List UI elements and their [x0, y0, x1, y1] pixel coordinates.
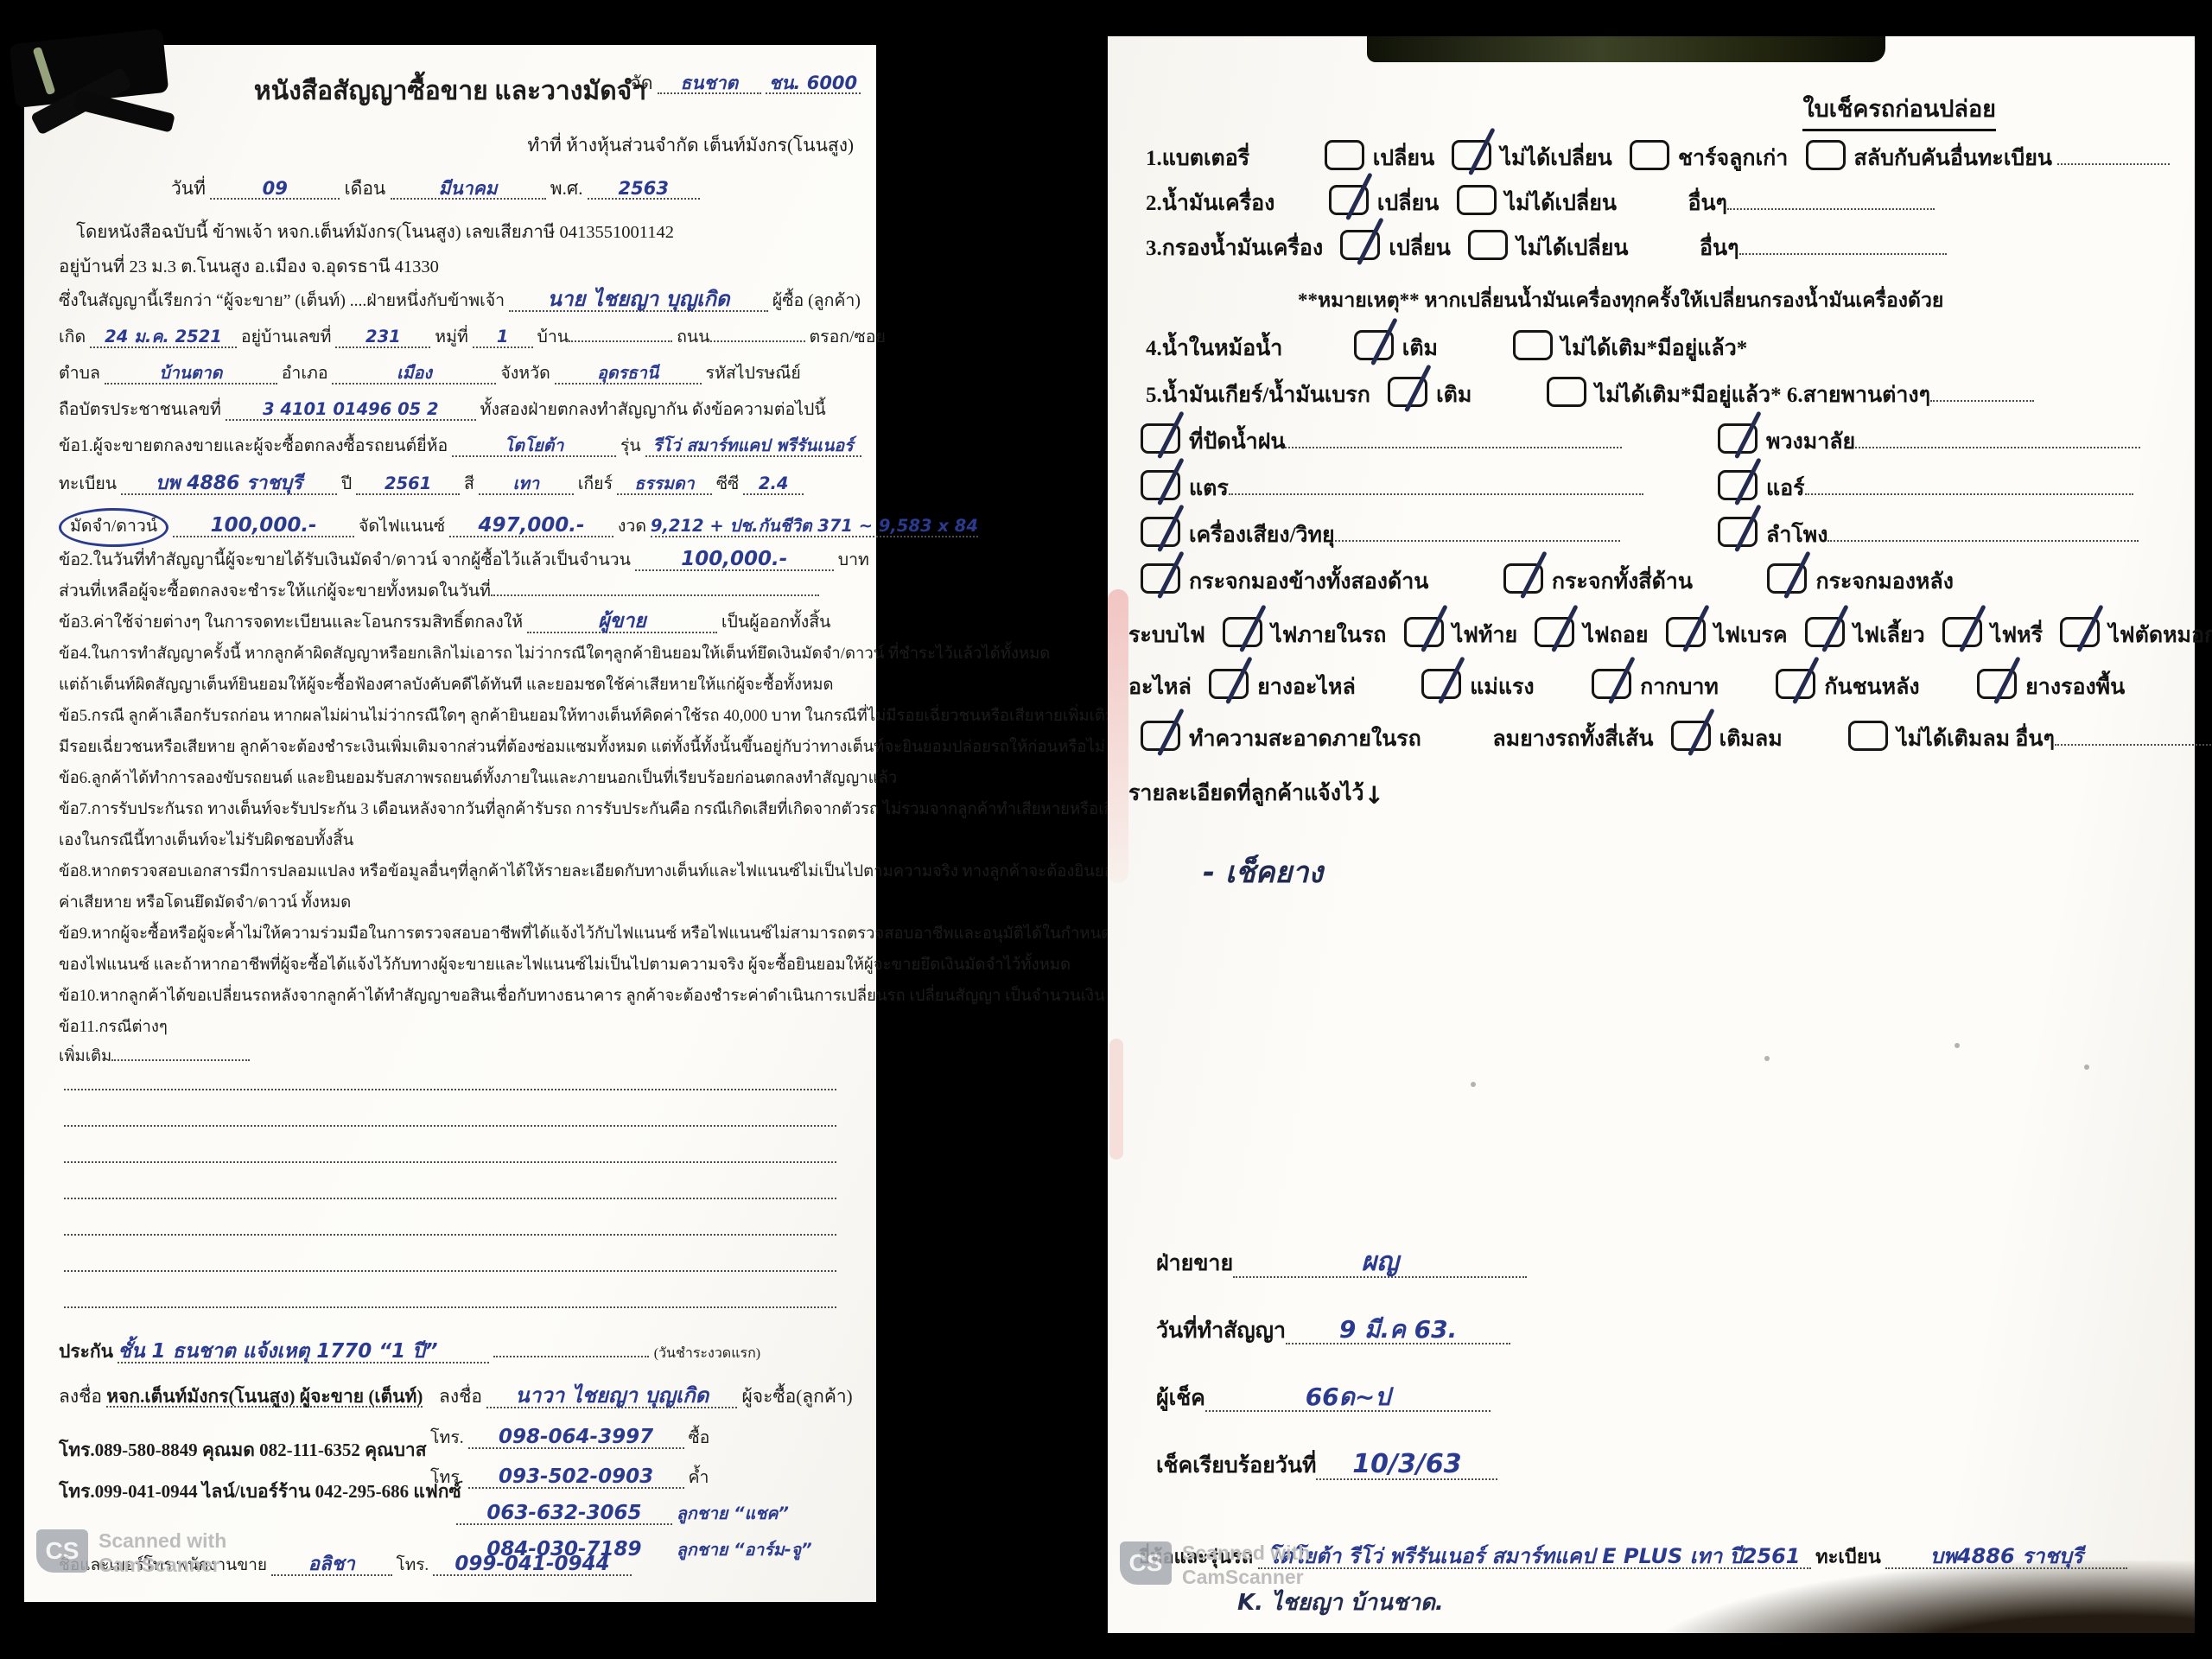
- checkbox: [1141, 423, 1180, 454]
- option-label: เครื่องเสียง/วิทยุ: [1189, 524, 1335, 547]
- clause3-line: ข้อ3.ค่าใช้จ่ายต่างๆ ในการจดทะเบียนและโอ…: [59, 608, 830, 635]
- blank-ruled-line: [64, 1198, 836, 1199]
- option-label: กันชนหลัง: [1824, 676, 1919, 699]
- watermark-text: Scanned with: [1182, 1541, 1310, 1566]
- gear-brake-oil-label: 5.น้ำมันเกียร์/น้ำมันเบรก: [1146, 384, 1370, 407]
- checkbox: [2060, 617, 2100, 647]
- fee-payer: ผู้ขาย: [598, 610, 646, 632]
- watermark-text: CamScanner: [99, 1554, 226, 1578]
- insurance-line: ประกัน ชั้น 1 ธนชาต แจ้งเหตุ 1770 “1 ปี”…: [59, 1338, 760, 1366]
- clause2-post: บาท: [838, 551, 869, 569]
- option-label: กากบาท: [1640, 676, 1719, 699]
- checkbox: [1513, 330, 1553, 360]
- plate-label: ทะเบียน: [59, 475, 117, 493]
- customer-note-handwritten: - เช็คยาง: [1203, 849, 1323, 895]
- camscanner-watermark: CS Scanned with CamScanner: [36, 1529, 226, 1577]
- customer-detail-label: รายละเอียดที่ลูกค้าแจ้งไว้: [1128, 782, 1364, 805]
- battery-label: 1.แบตเตอรี่: [1146, 147, 1249, 170]
- option-label: กระจกทั้งสี่ด้าน: [1552, 570, 1693, 594]
- option-label: เปลี่ยน: [1373, 147, 1434, 170]
- option-label: เปลี่ยน: [1377, 192, 1439, 215]
- contract-date-value: 9 มี.ค 63.: [1339, 1315, 1457, 1344]
- first-installment-note: (วันชำระงวดแรก): [654, 1346, 760, 1361]
- checkbox: [1503, 563, 1543, 594]
- seller-phone-1: โทร.089-580-8849 คุณมด 082-111-6352 คุณบ…: [59, 1436, 427, 1465]
- checkbox: [1767, 563, 1807, 594]
- blank-ruled-line: [64, 1161, 836, 1163]
- option-label: สลับกับคันอื่นทะเบียน: [1854, 147, 2052, 170]
- checkbox: [1805, 617, 1845, 647]
- contract-date-label: วันที่ทำสัญญา: [1156, 1319, 1286, 1343]
- buyer-signature: นาวา ไชยญา บุญเกิด: [515, 1383, 709, 1408]
- spare-row: อะไหล่ ยางอะไหล่ แม่แรง กากบาท กันชนหลัง…: [1128, 669, 2125, 704]
- option-label: ไม่ได้เติม*มีอยู่แล้ว*: [1595, 384, 1782, 407]
- option-label: ชาร์จลูกเก่า: [1678, 147, 1788, 170]
- date-label: วันที่: [171, 178, 206, 199]
- salesperson-phone-label: โทร.: [397, 1556, 429, 1574]
- checker-signature: 66ด~ป: [1306, 1382, 1390, 1411]
- vehicle-summary-value: โตโยต้า รีโว่ พรีรันเนอร์ สมาร์ทแคป E PL…: [1268, 1544, 1801, 1568]
- option-label: ไม่ได้เติมลม: [1897, 728, 2010, 751]
- clause3-pre: ข้อ3.ค่าใช้จ่ายต่างๆ ในการจดทะเบียนและโอ…: [59, 613, 523, 632]
- option-label: ยางรองพื้น: [2025, 676, 2125, 699]
- checkbox: [1421, 669, 1461, 699]
- buyer-phone-number: 063-632-3065: [486, 1502, 641, 1524]
- wiper-item: ที่ปัดน้ำฝน: [1128, 423, 1622, 459]
- scan-smudge: [1108, 589, 1128, 883]
- buyer-name: นาย ไชยญา บุญเกิด: [547, 287, 729, 311]
- lights-row: ระบบไฟ ไฟภายในรถ ไฟท้าย ไฟถอย ไฟเบรค ไฟเ…: [1128, 617, 2212, 652]
- tambon-label: ตำบล: [59, 365, 100, 383]
- option-label: เติม: [1436, 384, 1471, 407]
- clause4a: ข้อ4.ในการทำสัญญาครั้งนี้ หากลูกค้าผิดสั…: [59, 641, 1050, 666]
- aircon-item: แอร์: [1706, 470, 2133, 505]
- model-label: รุ่น: [620, 437, 641, 455]
- soi-label: ตรอก/ซอย: [809, 328, 885, 346]
- down-arrow-icon: ↓: [1364, 781, 1384, 810]
- amphoe: เมือง: [397, 363, 432, 383]
- birth-date: 24 ม.ค. 2521: [105, 327, 222, 346]
- option-label: ไฟตัดหมอก: [2108, 624, 2212, 647]
- clause4b: แต่ถ้าเต็นท์ผิดสัญญาเต็นท์ยินยอมให้ผู้จะ…: [59, 672, 833, 697]
- filed-value: ธนชาต: [680, 73, 738, 93]
- clause10: ข้อ10.หากลูกค้าได้ขอเปลี่ยนรถหลังจากลูกค…: [59, 983, 1179, 1008]
- checkbox: [1141, 721, 1180, 751]
- checkbox: [1457, 185, 1497, 215]
- clause7b: เองในกรณีนี้ทางเต็นท์จะไม่รับผิดชอบทั้งส…: [59, 828, 353, 853]
- other-label: อื่นๆ: [2015, 728, 2055, 751]
- idcard-post: ทั้งสองฝ่ายตกลงทำสัญญากัน ดังข้อความต่อไ…: [480, 401, 826, 419]
- checked-date-value: 10/3/63: [1352, 1449, 1461, 1479]
- checkbox: [1404, 617, 1444, 647]
- scan-noise: [1955, 1043, 1960, 1048]
- road-label: ถนน: [677, 328, 709, 346]
- blank-ruled-line: [64, 1306, 836, 1308]
- scan-noise: [1764, 1056, 1770, 1061]
- checkbox: [1630, 140, 1669, 170]
- vehicle-model: รีโว่ สมาร์ทแคป พรีรันเนอร์: [653, 435, 854, 455]
- option-label: ไม่ได้เปลี่ยน: [1500, 147, 1611, 170]
- engine-cc: 2.4: [759, 474, 789, 493]
- checkbox: [1354, 330, 1394, 360]
- checkbox: [1141, 470, 1180, 500]
- checkbox: [1329, 185, 1369, 215]
- option-label: กระจกมองข้างทั้งสองด้าน: [1189, 570, 1428, 594]
- blank-ruled-line: [64, 1089, 836, 1090]
- amphoe-label: อำเภอ: [282, 365, 328, 383]
- blank-ruled-line: [64, 1270, 836, 1272]
- phone-tag: ลูกชาย “แชค”: [677, 1503, 789, 1523]
- watermark-text: Scanned with: [99, 1529, 226, 1554]
- bottom-signature: K. ไชยญา บ้านชาด.: [1237, 1585, 1444, 1620]
- option-label: แอร์: [1766, 477, 1805, 500]
- checked-date-line: เช็คเรียบร้อยวันที่10/3/63: [1156, 1448, 1497, 1483]
- option-label: ทำความสะอาดภายในรถ: [1189, 728, 1421, 751]
- clause5a: ข้อ5.กรณี ลูกค้าเลือกรับรถก่อน หากผลไม่ผ…: [59, 703, 1178, 728]
- postcode-label: รหัสไปรษณีย์: [706, 365, 801, 383]
- checkbox: [1388, 377, 1427, 407]
- clause8b: ค่าเสียหาย หรือโดนยึดมัดจำ/ดาวน์ ทั้งหมด: [59, 890, 351, 915]
- camscanner-watermark: CS Scanned with CamScanner: [1120, 1541, 1310, 1589]
- scanned-document-canvas: หนังสือสัญญาซื้อขาย และวางมัดจำ จัด ธนชา…: [0, 0, 2212, 1659]
- village-label: บ้าน: [537, 328, 569, 346]
- clause9a: ข้อ9.หากผู้จะซื้อหรือผู้จะค้ำไม่ให้ความร…: [59, 921, 1145, 946]
- engine-oil-row: 2.น้ำมันเครื่อง เปลี่ยน ไม่ได้เปลี่ยน อื…: [1146, 185, 1935, 220]
- checkbox: [1468, 230, 1508, 260]
- checkbox: [1718, 423, 1758, 454]
- seller-sign-label: ลงชื่อ: [59, 1386, 102, 1407]
- made-at: ทำที่ ห้างหุ้นส่วนจำกัด เต็นท์มังกร(โนนส…: [527, 131, 854, 160]
- checkbox: [1848, 721, 1888, 751]
- option-label: แตร: [1189, 477, 1229, 500]
- scan-noise: [1471, 1082, 1476, 1087]
- checked-date-label: เช็คเรียบร้อยวันที่: [1156, 1454, 1316, 1478]
- option-label: ไฟท้าย: [1452, 624, 1517, 647]
- oil-filter-row: 3.กรองน้ำมันเครื่อง เปลี่ยน ไม่ได้เปลี่ย…: [1146, 230, 1947, 265]
- buyer-phone-number: 098-064-3997: [499, 1426, 653, 1448]
- contract-date-line: วันที่ทำสัญญา9 มี.ค 63.: [1156, 1313, 1510, 1348]
- option-label: ไฟภายในรถ: [1271, 624, 1386, 647]
- buyer-phone-3: 063-632-3065 ลูกชาย “แชค”: [456, 1500, 789, 1527]
- remain-line: ส่วนที่เหลือผู้จะซื้อตกลงจะชำระให้แก่ผู้…: [59, 577, 819, 604]
- buyer-phone-1: โทร. 098-064-3997 ซื้อ: [430, 1424, 709, 1451]
- phone-tag: ลูกชาย “อาร์ม-จู”: [677, 1540, 812, 1560]
- clause3-post: เป็นผู้ออกทั้งสิ้น: [721, 613, 831, 632]
- received-amount: 100,000.-: [681, 548, 787, 570]
- date-year: 2563: [619, 178, 669, 199]
- year-label: ปี: [341, 475, 352, 493]
- option-label: ไม่ได้เติม*มีอยู่แล้ว*: [1561, 337, 1748, 360]
- clause2-pre: ข้อ2.ในวันที่ทำสัญญานี้ผู้จะขายได้รับเงิ…: [59, 551, 631, 569]
- era-label: พ.ศ.: [550, 178, 583, 199]
- remain-text: ส่วนที่เหลือผู้จะซื้อตกลงจะชำระให้แก่ผู้…: [59, 582, 491, 601]
- deposit-line: มัดจำ/ดาวน์ 100,000.- จัดไฟแนนซ์ 497,000…: [59, 508, 978, 547]
- insurance-value: ชั้น 1 ธนชาต แจ้งเหตุ 1770 “1 ปี”: [118, 1340, 437, 1363]
- intro-line: โดยหนังสือฉบับนี้ ข้าพเจ้า หจก.เต็นท์มัง…: [76, 218, 674, 246]
- speaker-item: ลำโพง: [1706, 517, 2139, 552]
- clause11: ข้อ11.กรณีต่างๆ: [59, 1014, 168, 1039]
- checkbox: [1776, 669, 1815, 699]
- option-label: ไฟหรี่: [1991, 624, 2043, 647]
- scan-edge-artifact: [1367, 36, 1885, 62]
- party-pre: ซึ่งในสัญญานี้เรียกว่า “ผู้จะขาย” (เต็นท…: [59, 292, 505, 310]
- seller-side-signature: ผญ: [1362, 1247, 1399, 1277]
- customer-detail-header: รายละเอียดที่ลูกค้าแจ้งไว้↓: [1128, 776, 1384, 810]
- phone-label: โทร.: [430, 1469, 464, 1487]
- belts-label: 6.สายพานต่างๆ: [1787, 384, 1930, 407]
- salesperson-phone: 099-041-0944: [454, 1553, 609, 1575]
- checkbox: [1718, 517, 1758, 547]
- option-label: ที่ปัดน้ำฝน: [1189, 430, 1285, 454]
- battery-row: 1.แบตเตอรี่ เปลี่ยน ไม่ได้เปลี่ยน ชาร์จล…: [1146, 140, 2170, 175]
- phone-tag: ค้ำ: [688, 1469, 709, 1487]
- steering-item: พวงมาลัย: [1706, 423, 2140, 459]
- mirrors-row: กระจกมองข้างทั้งสองด้าน กระจกทั้งสี่ด้าน…: [1128, 563, 1954, 599]
- audio-item: เครื่องเสียง/วิทยุ: [1128, 517, 1620, 552]
- checkbox: [1209, 669, 1249, 699]
- buyer-sign-post: ผู้จะซื้อ(ลูกค้า): [742, 1386, 853, 1407]
- buyer-phone-number: 093-502-0903: [499, 1465, 653, 1488]
- seller-side-line: ฝ่ายขายผญ: [1156, 1246, 1527, 1281]
- moo: 1: [497, 327, 509, 346]
- option-label: เปลี่ยน: [1389, 237, 1450, 260]
- buyer-sign-label: ลงชื่อ: [439, 1386, 482, 1407]
- vehicle-brand: โตโยต้า: [505, 435, 564, 455]
- cleaning-row: ทำความสะอาดภายในรถ ลมยางรถทั้งสี่เส้น เต…: [1128, 721, 2212, 756]
- clause1-line: ข้อ1.ผู้จะขายตกลงขายและผู้จะซื้อตกลงซื้อ…: [59, 432, 861, 459]
- oil-filter-label: 3.กรองน้ำมันเครื่อง: [1146, 237, 1323, 260]
- blank-ruled-line: [64, 1234, 836, 1236]
- birth-label: เกิด: [59, 328, 86, 346]
- clause7a: ข้อ7.การรับประกันรถ ทางเต็นท์จะรับประกัน…: [59, 797, 1180, 822]
- installment-label: งวด: [618, 518, 646, 536]
- other-label: อื่นๆ: [1688, 192, 1727, 215]
- house-no: 231: [365, 327, 401, 346]
- checkbox: [1325, 140, 1364, 170]
- option-label: ไม่ได้เปลี่ยน: [1505, 192, 1617, 215]
- horn-item: แตร: [1128, 470, 1643, 505]
- checkbox: [1806, 140, 1846, 170]
- filed-label: จัด: [631, 73, 653, 93]
- spare-label: อะไหล่: [1128, 676, 1192, 699]
- filed-value-2: ชน. 6000: [769, 73, 857, 93]
- color-label: สี: [464, 475, 474, 493]
- option-label: กระจกมองหลัง: [1815, 570, 1954, 594]
- option-label: พวงมาลัย: [1766, 430, 1855, 454]
- other-label: อื่นๆ: [1700, 237, 1739, 260]
- option-label: เติมลม: [1719, 728, 1783, 751]
- checkbox: [1592, 669, 1631, 699]
- idcard-line: ถือบัตรประชาชนเลขที่ 3 4101 01496 05 2 ท…: [59, 396, 826, 423]
- checkbox: [1223, 617, 1262, 647]
- deposit-label: มัดจำ/ดาวน์: [70, 518, 157, 536]
- registration-line: ทะเบียน บพ 4886 ราชบุรี ปี 2561 สี เทา เ…: [59, 470, 804, 497]
- salesperson-name: อลิชา: [308, 1554, 355, 1575]
- province-label: จังหวัด: [500, 365, 550, 383]
- filed-note: จัด ธนชาต ชน. 6000: [631, 69, 861, 98]
- lights-label: ระบบไฟ: [1128, 624, 1205, 647]
- scan-noise: [2084, 1065, 2089, 1070]
- buyer-phone-2: โทร. 093-502-0903 ค้ำ: [430, 1464, 709, 1491]
- party-post: ผู้ซื้อ (ลูกค้า): [772, 292, 861, 310]
- idcard-label: ถือบัตรประชาชนเลขที่: [59, 401, 221, 419]
- month-label: เดือน: [345, 178, 386, 199]
- checkbox: [1942, 617, 1982, 647]
- gear-type: ธรรมดา: [634, 474, 694, 493]
- contract-page: หนังสือสัญญาซื้อขาย และวางมัดจำ จัด ธนชา…: [24, 45, 876, 1602]
- blank-ruled-line: [64, 1125, 836, 1127]
- house-no-label: อยู่บ้านเลขที่: [241, 328, 332, 346]
- checkbox: [1718, 470, 1758, 500]
- vehicle-color: เทา: [513, 474, 539, 493]
- camscanner-logo-icon: CS: [36, 1529, 88, 1573]
- checker-line: ผู้เช็ค66ด~ป: [1156, 1381, 1491, 1415]
- checkbox: [1666, 617, 1706, 647]
- checklist-title: ใบเช็ครถก่อนปล่อย: [1802, 90, 1996, 131]
- birth-line: เกิด 24 ม.ค. 2521 อยู่บ้านเลขที่ 231 หมู…: [59, 323, 886, 350]
- scan-smudge: [1109, 1039, 1123, 1160]
- more-label: เพิ่มเติม: [59, 1044, 250, 1069]
- more-text: เพิ่มเติม: [59, 1048, 111, 1065]
- checkbox: [1452, 140, 1491, 170]
- seller-sign-value: หจก.เต็นท์มังกร(โนนสูง) ผู้จะขาย (เต็นท์…: [106, 1386, 423, 1407]
- seller-phone-2: โทร.099-041-0944 ไลน์/เบอร์ร้าน 042-295-…: [59, 1478, 461, 1506]
- engine-oil-label: 2.น้ำมันเครื่อง: [1146, 192, 1274, 215]
- gear-brake-oil-row: 5.น้ำมันเกียร์/น้ำมันเบรก เติม ไม่ได้เติ…: [1146, 377, 2034, 412]
- address-line: อยู่บ้านที่ 23 ม.3 ต.โนนสูง อ.เมือง จ.อุ…: [59, 252, 439, 281]
- clause9b: ของไฟแนนซ์ และถ้าหากอาชีพที่ผู้จะซื้อได้…: [59, 952, 1071, 977]
- note-line: **หมายเหตุ** หากเปลี่ยนน้ำมันเครื่องทุกค…: [1298, 285, 1943, 316]
- party-line: ซึ่งในสัญญานี้เรียกว่า “ผู้จะขาย” (เต็นท…: [59, 287, 861, 314]
- district-line: ตำบล บ้านตาด อำเภอ เมือง จังหวัด อุดรธาน…: [59, 359, 801, 386]
- idcard-number: 3 4101 01496 05 2: [263, 399, 439, 419]
- clause8a: ข้อ8.หากตรวจสอบเอกสารมีการปลอมแปลง หรือข…: [59, 859, 1164, 884]
- option-label: ไฟถอย: [1583, 624, 1648, 647]
- watermark-text: CamScanner: [1182, 1566, 1310, 1590]
- province: อุดรธานี: [597, 363, 658, 383]
- phone-tag: ซื้อ: [688, 1429, 709, 1447]
- deposit-amount: 100,000.-: [211, 514, 317, 537]
- option-label: ไม่ได้เปลี่ยน: [1516, 237, 1628, 260]
- checklist-page: ใบเช็ครถก่อนปล่อย 1.แบตเตอรี่ เปลี่ยน ไม…: [1108, 36, 2195, 1633]
- option-label: ลำโพง: [1766, 524, 1827, 547]
- radiator-label: 4.น้ำในหม้อน้ำ: [1146, 337, 1282, 360]
- vehicle-year: 2561: [385, 474, 431, 493]
- checkbox: [1547, 377, 1586, 407]
- tire-pressure-label: ลมยางรถทั้งสี่เส้น: [1492, 728, 1653, 751]
- checkbox: [1141, 563, 1180, 594]
- finance-label: จัดไฟแนนซ์: [359, 518, 445, 536]
- option-label: ไฟเบรค: [1714, 624, 1788, 647]
- cc-label: ซีซี: [716, 475, 739, 493]
- seller-sign-line: ลงชื่อ หจก.เต็นท์มังกร(โนนสูง) ผู้จะขาย …: [59, 1382, 423, 1411]
- buyer-sign-line: ลงชื่อ นาวา ไชยญา บุญเกิด ผู้จะซื้อ(ลูกค…: [439, 1382, 853, 1411]
- moo-label: หมู่ที่: [435, 328, 468, 346]
- clause1-pre: ข้อ1.ผู้จะขายตกลงขายและผู้จะซื้อตกลงซื้อ…: [59, 437, 448, 455]
- installment-amount: 9,212 + ปช.กันชีวิต 371 ~ 9,583 x 84: [651, 516, 978, 536]
- radiator-row: 4.น้ำในหม้อน้ำ เติม ไม่ได้เติม*มีอยู่แล้…: [1146, 330, 1747, 365]
- clause6: ข้อ6.ลูกค้าได้ทำการลองขับรถยนต์ และยินยอ…: [59, 766, 897, 791]
- option-label: แม่แรง: [1470, 676, 1534, 699]
- option-label: เติม: [1402, 337, 1438, 360]
- tambon: บ้านตาด: [159, 363, 222, 383]
- gear-label: เกียร์: [578, 475, 613, 493]
- finance-amount: 497,000.-: [478, 514, 584, 537]
- checker-label: ผู้เช็ค: [1156, 1387, 1205, 1410]
- camscanner-logo-icon: CS: [1120, 1541, 1172, 1585]
- plate-summary-value: บพ4886 ราชบุรี: [1930, 1544, 2083, 1568]
- insurance-label: ประกัน: [59, 1341, 113, 1362]
- date-line: วันที่ 09 เดือน มีนาคม พ.ศ. 2563: [171, 175, 700, 203]
- plate-number: บพ 4886 ราชบุรี: [156, 473, 302, 494]
- checkbox: [1535, 617, 1574, 647]
- checkbox: [1141, 517, 1180, 547]
- plate-summary-label: ทะเบียน: [1815, 1546, 1881, 1567]
- clause5b: มีรอยเฉี่ยวชนหรือเสียหาย ลูกค้าจะต้องชำร…: [59, 734, 1105, 760]
- checkbox: [1671, 721, 1711, 751]
- option-label: ไฟเลี้ยว: [1853, 624, 1925, 647]
- phone-label: โทร.: [430, 1429, 464, 1447]
- clause2-line: ข้อ2.ในวันที่ทำสัญญานี้ผู้จะขายได้รับเงิ…: [59, 546, 869, 573]
- checkbox: [1977, 669, 2017, 699]
- checkbox: [1340, 230, 1380, 260]
- seller-side-label: ฝ่ายขาย: [1156, 1252, 1233, 1275]
- date-day: 09: [263, 178, 288, 199]
- date-month: มีนาคม: [439, 178, 498, 199]
- option-label: ยางอะไหล่: [1257, 676, 1356, 699]
